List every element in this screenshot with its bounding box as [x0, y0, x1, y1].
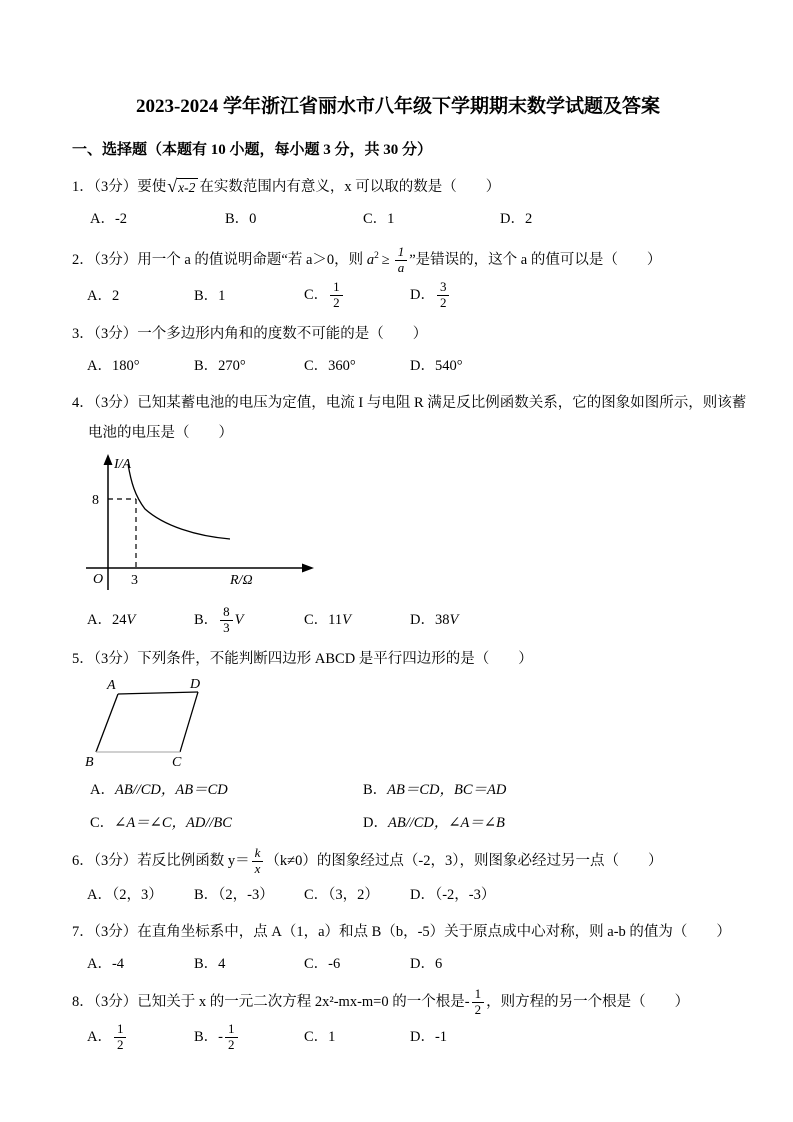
q4-option-d-label: D．: [410, 612, 435, 628]
q5-option-c: C．∠A＝∠C，AD//BC: [90, 808, 363, 838]
fraction-numerator: 1: [472, 987, 485, 1003]
q2-text-pre: 2．（3分）用一个 a 的值说明命题“若 a＞0，则: [72, 252, 367, 268]
q5-figure: A D B C: [82, 676, 724, 773]
question-5: 5．（3分）下列条件，不能判断四边形 ABCD 是平行四边形的是（ ） A D …: [72, 644, 724, 838]
q8-option-c: C．1: [304, 1022, 410, 1052]
q3-option-d: D．540°: [410, 351, 724, 381]
y-axis-label: I/A: [113, 457, 132, 472]
page-title: 2023-2024 学年浙江省丽水市八年级下学期期末数学试题及答案: [72, 94, 724, 120]
fraction-denominator: 3: [220, 621, 233, 636]
q3-option-b: B．270°: [194, 351, 304, 381]
fraction-1-over-2: 12: [472, 987, 485, 1018]
question-8-text: 8．（3分）已知关于 x 的一元二次方程 2x²-mx-m=0 的一个根是-12…: [72, 986, 724, 1019]
q5-option-a-value: AB//CD，AB＝CD: [115, 782, 228, 798]
radical-sign: √: [167, 177, 177, 195]
q1-option-d: D．2: [500, 204, 724, 234]
fraction-numerator: 8: [220, 605, 233, 621]
vertex-label-B: B: [85, 755, 94, 768]
q8-option-d: D．-1: [410, 1022, 724, 1052]
question-7-text: 7．（3分）在直角坐标系中，点 A（1，a）和点 B（b，-5）关于原点成中心对…: [72, 917, 724, 947]
q4-option-b: B．83V: [194, 604, 304, 637]
question-1-options: A．-2 B．0 C．1 D．2: [72, 204, 724, 234]
question-6-text: 6．（3分）若反比例函数 y＝kx（k≠0）的图象经过点（-2，3），则图象必经…: [72, 845, 724, 878]
question-5-text: 5．（3分）下列条件，不能判断四边形 ABCD 是平行四边形的是（ ）: [72, 644, 724, 674]
q2-option-d-label: D．: [410, 287, 435, 303]
exam-document-page: 2023-2024 学年浙江省丽水市八年级下学期期末数学试题及答案 一、选择题（…: [0, 0, 793, 1122]
question-4-text-line2: 电池的电压是（ ）: [72, 418, 724, 448]
fraction-1-over-2: 12: [330, 280, 343, 311]
hyperbola-curve: [128, 464, 230, 539]
fraction-denominator: x: [252, 862, 264, 877]
q5-option-c-value: ∠A＝∠C，AD//BC: [114, 815, 232, 831]
fraction-1-over-a: 1a: [395, 245, 408, 276]
fraction-denominator: 2: [330, 296, 343, 311]
q8-option-a: A．12: [87, 1021, 194, 1054]
q5-option-b-label: B．: [363, 782, 387, 798]
q1-option-c: C．1: [363, 204, 500, 234]
q2-option-b: B．1: [194, 281, 304, 311]
q2-option-c-label: C．: [304, 287, 328, 303]
q5-option-b: B．AB＝CD，BC＝AD: [363, 775, 724, 805]
q8-option-a-label: A．: [87, 1028, 112, 1044]
q1-text-pre: 1．（3分）要使: [72, 179, 166, 195]
q8-text-pre: 8．（3分）已知关于 x 的一元二次方程 2x²-mx-m=0 的一个根是: [72, 993, 465, 1009]
edge-AB: [96, 694, 118, 752]
question-6-options: A．（2，3） B．（2，-3） C．（3，2） D．（-2，-3）: [72, 880, 724, 910]
question-8: 8．（3分）已知关于 x 的一元二次方程 2x²-mx-m=0 的一个根是-12…: [72, 986, 724, 1054]
q6-text-post: （k≠0）的图象经过点（-2，3），则图象必经过另一点（ ）: [265, 853, 662, 869]
q6-option-a: A．（2，3）: [87, 880, 194, 910]
q2-option-d: D．32: [410, 279, 724, 312]
q5-option-a-label: A．: [90, 782, 115, 798]
x-axis-arrowhead: [302, 563, 314, 572]
q4-option-a-label: A．: [87, 612, 112, 628]
fraction-denominator: 2: [225, 1038, 238, 1053]
q8-option-b: B．-12: [194, 1021, 304, 1054]
q4-option-c-label: C．: [304, 612, 328, 628]
fraction-denominator: a: [395, 261, 408, 276]
q6-text-pre: 6．（3分）若反比例函数 y＝: [72, 853, 250, 869]
volt-unit: V: [449, 612, 458, 628]
volt-unit: V: [126, 612, 135, 628]
y-tick-8: 8: [92, 493, 99, 508]
q4-option-a: A．24V: [87, 605, 194, 635]
fraction-numerator: 3: [437, 280, 450, 296]
question-3-options: A．180° B．270° C．360° D．540°: [72, 351, 724, 381]
q2-option-a: A．2: [87, 281, 194, 311]
exam-content: 2023-2024 学年浙江省丽水市八年级下学期期末数学试题及答案 一、选择题（…: [72, 94, 724, 1060]
vertex-label-D: D: [189, 677, 200, 692]
q1-option-b: B．0: [225, 204, 363, 234]
fraction-numerator: 1: [225, 1022, 238, 1038]
q2-text-post: ”是错误的，这个 a 的值可以是（ ）: [409, 252, 661, 268]
q5-option-b-value: AB＝CD，BC＝AD: [387, 782, 506, 798]
fraction-k-over-x: kx: [252, 846, 264, 877]
section-heading: 一、选择题（本题有 10 小题，每小题 3 分，共 30 分）: [72, 141, 724, 161]
volt-unit: V: [235, 612, 244, 628]
q7-option-a: A．-4: [87, 949, 194, 979]
q4-figure: I/A 8 O 3 R/Ω: [78, 452, 724, 602]
fraction-numerator: 1: [114, 1022, 127, 1038]
edge-DC: [180, 692, 198, 752]
q4-option-c-value: 11: [328, 612, 342, 628]
q8-root-minus-sign: -: [465, 993, 470, 1009]
q3-option-a: A．180°: [87, 351, 194, 381]
origin-label: O: [93, 572, 103, 587]
question-1: 1．（3分）要使√x-2在实数范围内有意义，x 可以取的数是（ ） A．-2 B…: [72, 172, 724, 234]
q5-option-d-label: D．: [363, 815, 388, 831]
q4-option-d: D．38V: [410, 605, 724, 635]
fraction-8-over-3: 83: [220, 605, 233, 636]
current-resistance-hyperbola-graph: I/A 8 O 3 R/Ω: [78, 452, 328, 597]
fraction-numerator: 1: [330, 280, 343, 296]
question-2-options: A．2 B．1 C．12 D．32: [72, 279, 724, 312]
y-axis-arrowhead: [104, 454, 113, 465]
question-3-text: 3．（3分）一个多边形内角和的度数不可能的是（ ）: [72, 319, 724, 349]
q7-option-d: D．6: [410, 949, 724, 979]
question-1-text: 1．（3分）要使√x-2在实数范围内有意义，x 可以取的数是（ ）: [72, 172, 724, 202]
square-root-expression: √x-2: [167, 178, 198, 197]
greater-equal-sign: ≥: [379, 252, 393, 268]
q6-option-b: B．（2，-3）: [194, 880, 304, 910]
q1-option-a: A．-2: [90, 204, 225, 234]
edge-AD: [118, 692, 198, 694]
fraction-1-over-2: 12: [114, 1022, 127, 1053]
fraction-3-over-2: 32: [437, 280, 450, 311]
question-7: 7．（3分）在直角坐标系中，点 A（1，a）和点 B（b，-5）关于原点成中心对…: [72, 917, 724, 979]
question-6: 6．（3分）若反比例函数 y＝kx（k≠0）的图象经过点（-2，3），则图象必经…: [72, 845, 724, 910]
q6-option-c: C．（3，2）: [304, 880, 410, 910]
q4-option-d-value: 38: [435, 612, 450, 628]
q4-option-c: C．11V: [304, 605, 410, 635]
q5-option-d-value: AB//CD，∠A＝∠B: [388, 815, 505, 831]
q7-option-c: C．-6: [304, 949, 410, 979]
fraction-denominator: 2: [114, 1038, 127, 1053]
question-2-text: 2．（3分）用一个 a 的值说明命题“若 a＞0，则 a2≥1a”是错误的，这个…: [72, 241, 724, 277]
q8-text-post: ，则方程的另一个根是（ ）: [486, 993, 689, 1009]
q8-option-b-minus-sign: -: [218, 1028, 223, 1044]
q6-option-d: D．（-2，-3）: [410, 880, 724, 910]
x-axis-label: R/Ω: [229, 573, 253, 588]
fraction-denominator: 2: [472, 1003, 485, 1018]
q2-option-c: C．12: [304, 279, 410, 312]
radicand: x-2: [177, 178, 198, 197]
q7-option-b: B．4: [194, 949, 304, 979]
vertex-label-A: A: [106, 678, 116, 693]
fraction-numerator: 1: [395, 245, 408, 261]
fraction-1-over-2: 12: [225, 1022, 238, 1053]
q2-base-variable: a: [367, 252, 374, 268]
q4-option-a-value: 24: [112, 612, 127, 628]
fraction-denominator: 2: [437, 296, 450, 311]
volt-unit: V: [342, 612, 351, 628]
q5-option-c-label: C．: [90, 815, 114, 831]
question-8-options: A．12 B．-12 C．1 D．-1: [72, 1021, 724, 1054]
q3-option-c: C．360°: [304, 351, 410, 381]
x-tick-3: 3: [131, 573, 138, 588]
q4-option-b-label: B．: [194, 612, 218, 628]
fraction-numerator: k: [252, 846, 264, 862]
question-3: 3．（3分）一个多边形内角和的度数不可能的是（ ） A．180° B．270° …: [72, 319, 724, 381]
question-5-options: A．AB//CD，AB＝CD B．AB＝CD，BC＝AD C．∠A＝∠C，AD/…: [72, 775, 724, 838]
question-4: 4．（3分）已知某蓄电池的电压为定值，电流 I 与电阻 R 满足反比例函数关系，…: [72, 388, 724, 637]
q5-option-a: A．AB//CD，AB＝CD: [90, 775, 363, 805]
question-4-options: A．24V B．83V C．11V D．38V: [72, 604, 724, 637]
vertex-label-C: C: [172, 755, 182, 768]
q8-option-b-label: B．: [194, 1028, 218, 1044]
q1-text-post: 在实数范围内有意义，x 可以取的数是（ ）: [199, 179, 500, 195]
question-2: 2．（3分）用一个 a 的值说明命题“若 a＞0，则 a2≥1a”是错误的，这个…: [72, 241, 724, 312]
question-7-options: A．-4 B．4 C．-6 D．6: [72, 949, 724, 979]
question-4-text-line1: 4．（3分）已知某蓄电池的电压为定值，电流 I 与电阻 R 满足反比例函数关系，…: [72, 388, 724, 418]
q5-option-d: D．AB//CD，∠A＝∠B: [363, 808, 724, 838]
parallelogram-abcd-figure: A D B C: [82, 676, 252, 768]
